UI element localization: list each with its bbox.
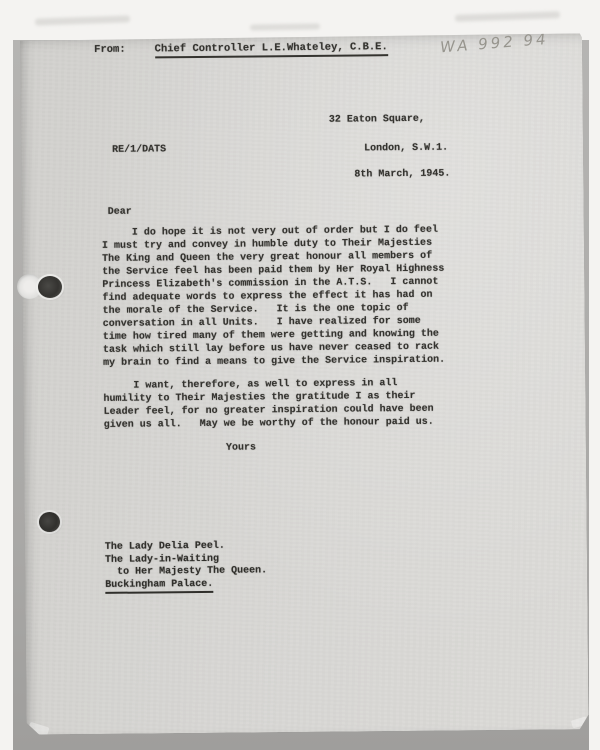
recipient-block: The Lady Delia Peel. The Lady-in-Waiting… bbox=[105, 540, 268, 592]
faint-pencil-mark bbox=[250, 23, 320, 30]
closing: Yours bbox=[226, 441, 256, 454]
address-line-2: London, S.W.1. bbox=[364, 142, 448, 156]
faint-pencil-mark bbox=[35, 15, 130, 25]
punch-hole-bottom bbox=[39, 512, 60, 532]
handwritten-annotation: WA 992 94 bbox=[440, 30, 550, 57]
punch-hole-top bbox=[38, 276, 62, 298]
recipient-title-2: to Her Majesty The Queen. bbox=[105, 566, 267, 580]
letter-line: given us all. May we be worthy of the ho… bbox=[104, 416, 434, 432]
recipient-address: Buckingham Palace. bbox=[105, 578, 267, 592]
from-line: From:Chief Controller L.E.Whateley, C.B.… bbox=[94, 41, 388, 57]
letter-content: From:Chief Controller L.E.Whateley, C.B.… bbox=[20, 33, 589, 734]
paragraph-2: I want, therefore, as well to express in… bbox=[103, 377, 434, 432]
reference-number: RE/1/DATS bbox=[112, 143, 166, 157]
letter-line: my brain to find a means to give the Ser… bbox=[103, 354, 445, 370]
from-name-underlined: Chief Controller L.E.Whateley, C.B.E. bbox=[155, 41, 388, 58]
letter-page: From:Chief Controller L.E.Whateley, C.B.… bbox=[20, 33, 589, 734]
address-line-1: 32 Eaton Square, bbox=[329, 113, 425, 127]
faint-pencil-mark bbox=[455, 11, 560, 22]
letter-date: 8th March, 1945. bbox=[354, 168, 450, 182]
from-label: From: bbox=[94, 44, 126, 56]
salutation: Dear bbox=[108, 206, 132, 219]
paragraph-1: I do hope it is not very out of order bu… bbox=[102, 224, 445, 370]
